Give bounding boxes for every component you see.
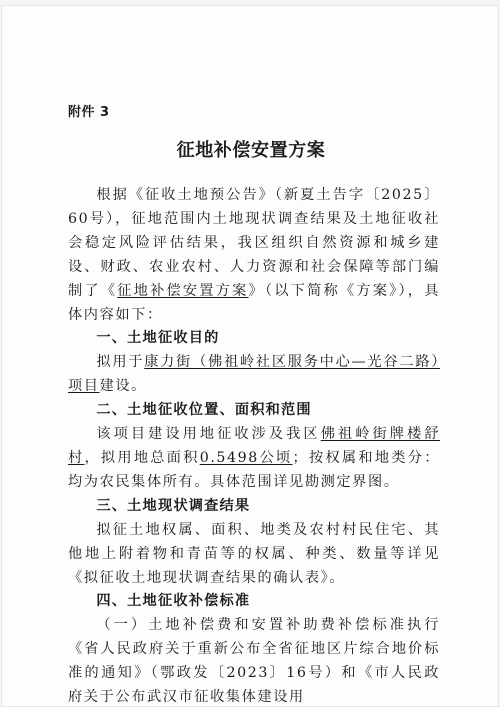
document-body: 根据《征收土地预公告》（新夏土告字〔2025〕60号），征地范围内土地现状调查结… [68, 184, 440, 707]
location-text-2: ，拟用地总面积 [84, 450, 199, 466]
section-heading-location: 二、土地征收位置、面积和范围 [68, 399, 440, 423]
attachment-label: 附件 3 [68, 101, 110, 120]
section-paragraph-compensation: （一）土地补偿费和安置补助费补偿标准执行《省人民政府关于重新公布全省征地区片综合… [68, 614, 440, 707]
document-title: 征地补偿安置方案 [1, 136, 500, 162]
intro-paragraph: 根据《征收土地预公告》（新夏土告字〔2025〕60号），征地范围内土地现状调查结… [68, 184, 440, 327]
section-paragraph-survey: 拟征土地权属、面积、地类及农村村民住宅、其他地上附着物和青苗等的权属、种类、数量… [68, 519, 440, 591]
section-heading-purpose: 一、土地征收目的 [68, 327, 440, 351]
purpose-text: 拟用于 [96, 354, 144, 370]
section-paragraph-purpose: 拟用于康力街（佛祖岭社区服务中心—光谷二路）项目建设。 [68, 351, 440, 399]
document-page: 附件 3 征地补偿安置方案 根据《征收土地预公告》（新夏土告字〔2025〕60号… [1, 5, 499, 707]
location-text: 该项目建设用地征收涉及我区 [96, 426, 320, 442]
area-underlined: 0.5498公顷 [200, 450, 293, 466]
plan-name-underlined: 征地补偿安置方案 [117, 283, 248, 299]
purpose-text-end: 建设。 [100, 378, 147, 394]
section-paragraph-location: 该项目建设用地征收涉及我区佛祖岭街牌楼舒村，拟用地总面积0.5498公顷；按权属… [68, 423, 440, 495]
section-heading-survey: 三、土地现状调查结果 [68, 495, 440, 519]
section-heading-compensation: 四、土地征收补偿标准 [68, 590, 440, 614]
